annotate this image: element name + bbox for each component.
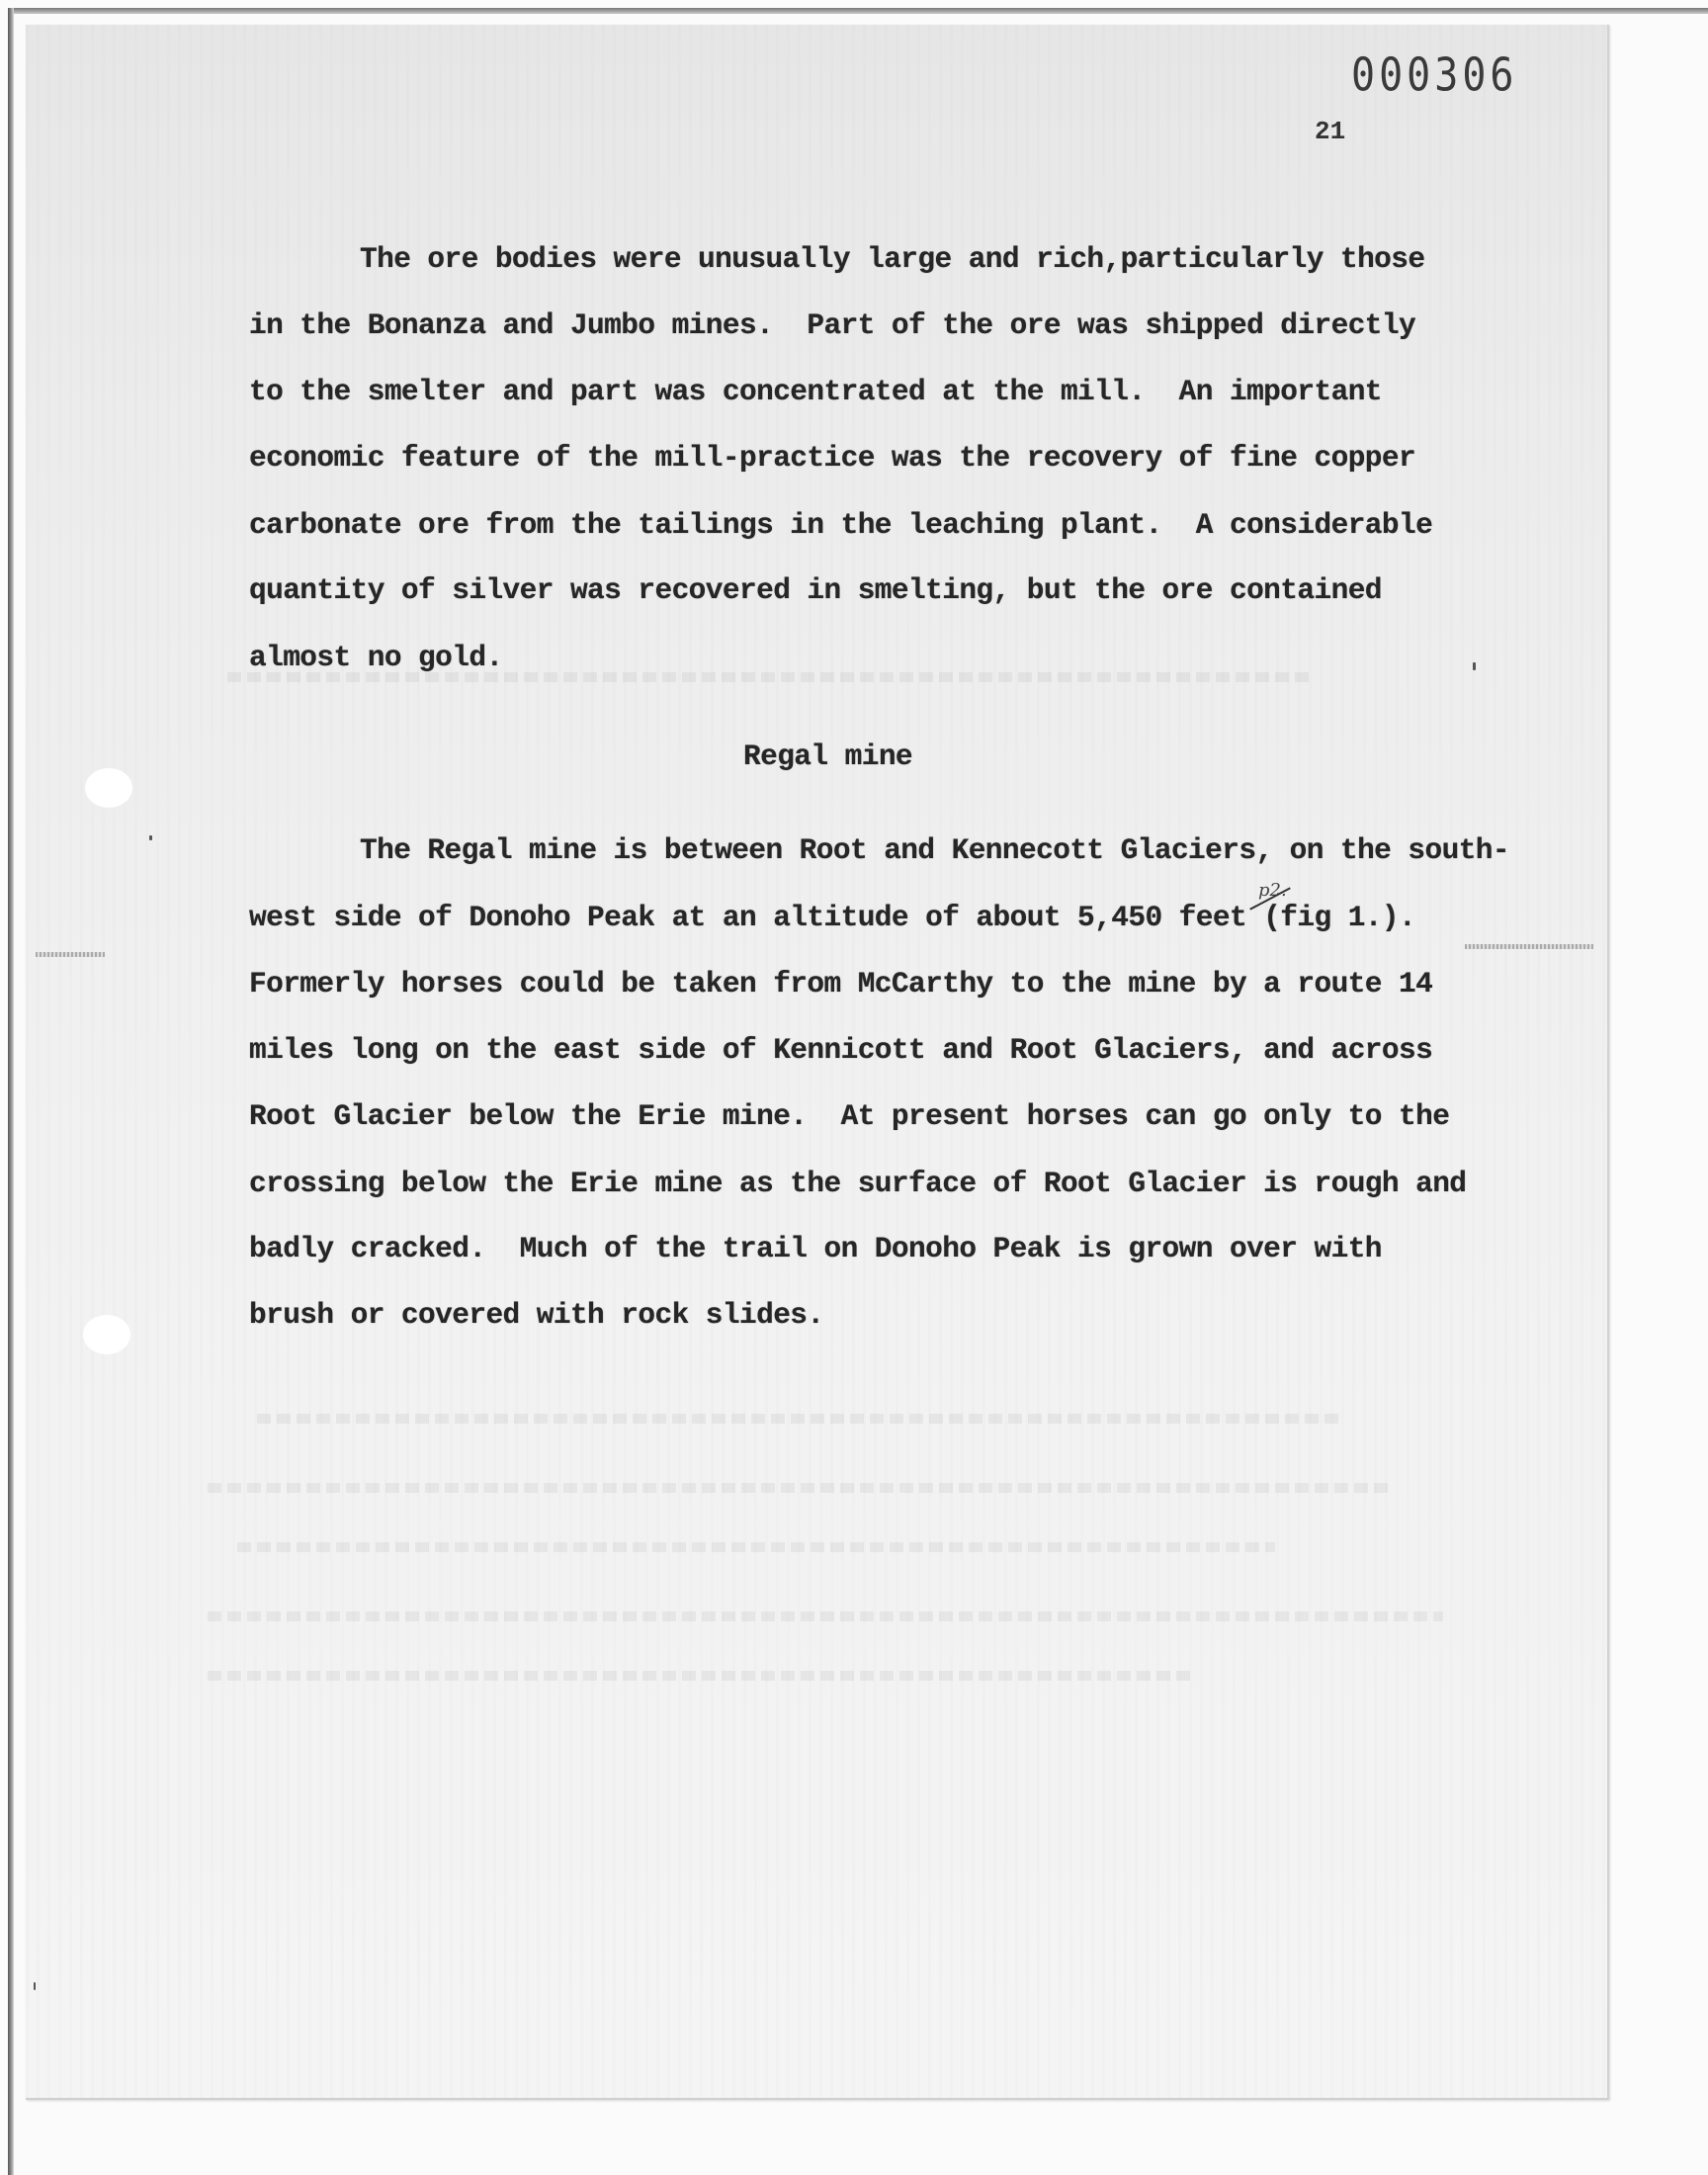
speck xyxy=(34,1982,36,1990)
paragraph-2-line: brush or covered with rock slides. xyxy=(249,1298,824,1332)
paragraph-1-line: economic feature of the mill-practice wa… xyxy=(249,441,1415,475)
paragraph-1-line: quantity of silver was recovered in smel… xyxy=(249,573,1382,607)
section-heading: Regal mine xyxy=(743,739,912,773)
paragraph-2-line: Root Glacier below the Erie mine. At pre… xyxy=(249,1099,1449,1133)
document-stamp-number: 000306 xyxy=(1351,49,1518,102)
paragraph-1-line: in the Bonanza and Jumbo mines. Part of … xyxy=(249,308,1415,342)
paragraph-2-line: crossing below the Erie mine as the surf… xyxy=(249,1167,1466,1200)
margin-mark xyxy=(1465,944,1593,949)
speck xyxy=(149,835,152,840)
paragraph-2-line: miles long on the east side of Kennicott… xyxy=(249,1033,1432,1067)
bleed-through xyxy=(257,1414,1344,1424)
bleed-through xyxy=(208,1671,1196,1681)
paragraph-1-line: The ore bodies were unusually large and … xyxy=(360,242,1424,276)
paragraph-2-line: Formerly horses could be taken from McCa… xyxy=(249,967,1432,1000)
paragraph-1-line: to the smelter and part was concentrated… xyxy=(249,375,1382,408)
bleed-through xyxy=(208,1483,1394,1493)
bleed-through xyxy=(237,1542,1275,1552)
page-number: 21 xyxy=(1315,117,1345,146)
margin-mark xyxy=(36,952,105,957)
paragraph-1-line: almost no gold. xyxy=(249,641,503,674)
paragraph-1-line: carbonate ore from the tailings in the l… xyxy=(249,508,1432,542)
punch-hole xyxy=(85,768,132,808)
paragraph-2-line: west side of Donoho Peak at an altitude … xyxy=(249,901,1415,934)
punch-hole xyxy=(83,1315,130,1354)
speck xyxy=(1473,662,1476,670)
paragraph-2-line: badly cracked. Much of the trail on Dono… xyxy=(249,1232,1382,1265)
paragraph-2-line: The Regal mine is between Root and Kenne… xyxy=(360,833,1509,867)
bleed-through xyxy=(208,1611,1443,1621)
scanner-edge-top xyxy=(10,8,1708,14)
scanner-edge-left xyxy=(8,8,14,2175)
